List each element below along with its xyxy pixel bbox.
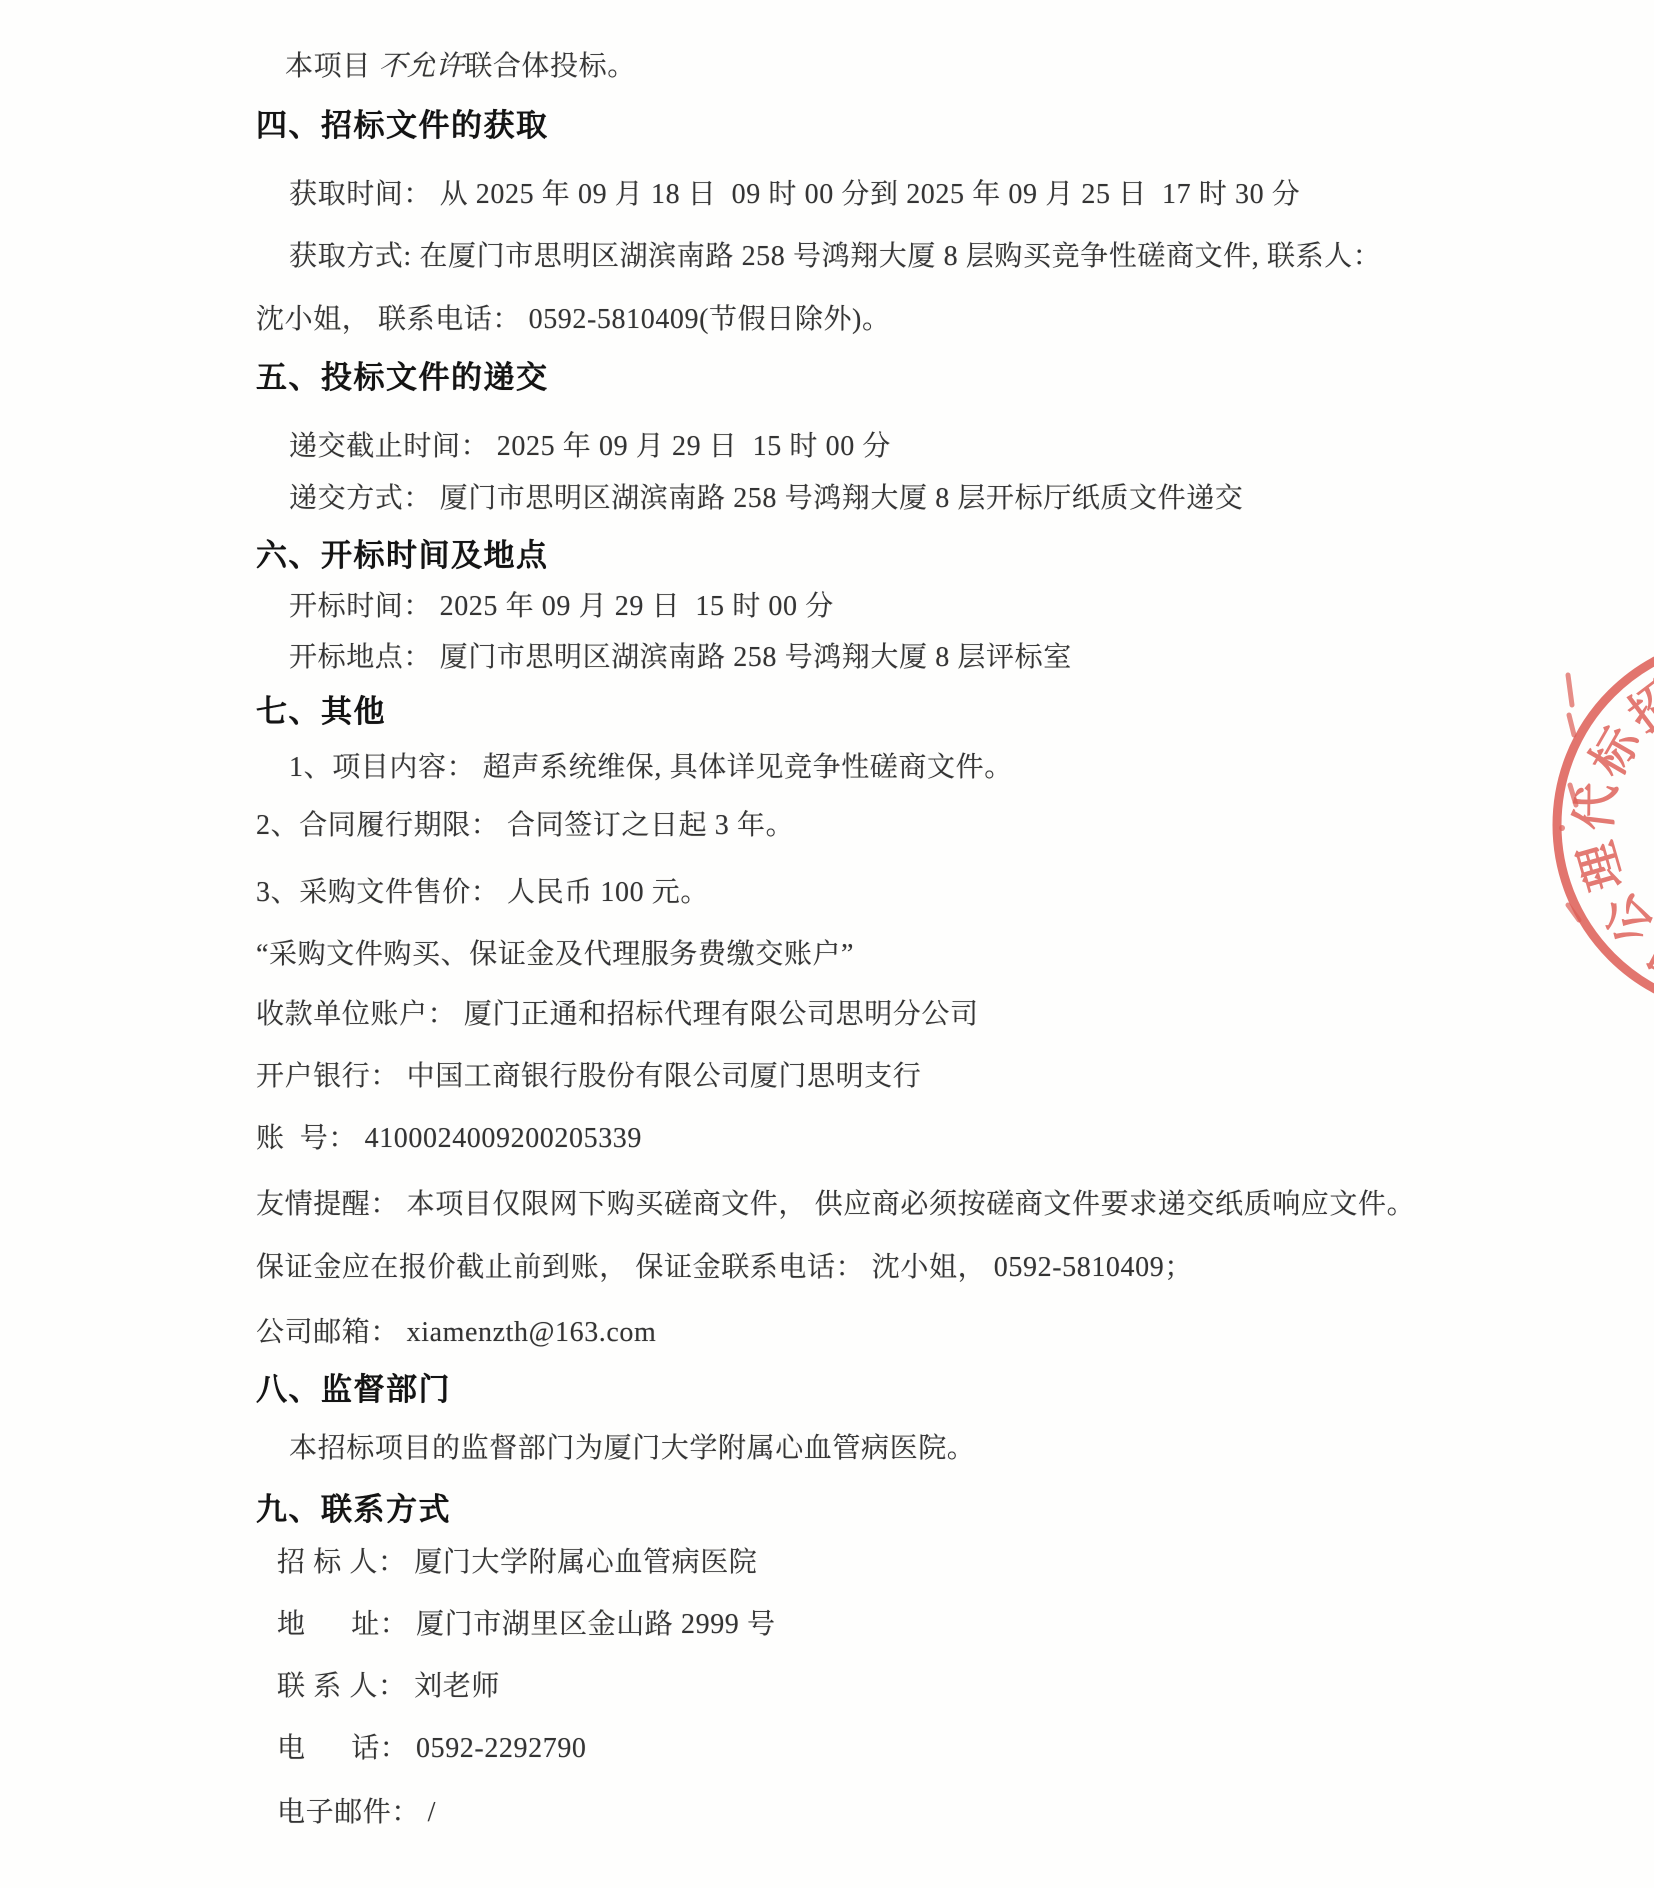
section6-heading: 六、开标时间及地点 xyxy=(256,530,549,575)
scanned-tender-document-page: 本项目 不允许联合体投标。 四、招标文件的获取 获取时间： 从 2025 年 0… xyxy=(0,0,1654,1888)
section9-bidder: 招 标 人： 厦门大学附属心血管病医院 xyxy=(277,1540,757,1580)
company-seal-stamp-icon: 招 标 代 理 公 司 xyxy=(1538,620,1654,1040)
section4-heading: 四、招标文件的获取 xyxy=(256,100,549,145)
section4-acquire-time: 获取时间： 从 2025 年 09 月 18 日 09 时 00 分到 2025… xyxy=(289,172,1300,212)
intro-emphasis-no-consortium: 不允许 xyxy=(378,51,464,82)
section9-heading: 九、联系方式 xyxy=(256,1484,451,1529)
section8-supervisor: 本招标项目的监督部门为厦门大学附属心血管病医院。 xyxy=(289,1426,975,1466)
intro-line: 本项目 不允许联合体投标。 xyxy=(285,44,636,84)
section9-email: 电子邮件： / xyxy=(277,1790,436,1830)
intro-post: 联合体投标。 xyxy=(464,51,636,82)
section4-acquire-method: 获取方式: 在厦门市思明区湖滨南路 258 号鸿翔大厦 8 层购买竞争性磋商文件… xyxy=(289,234,1381,274)
section7-company-email: 公司邮箱： xiamenzth@163.com xyxy=(256,1310,656,1350)
seal-char: 理 xyxy=(1571,836,1634,896)
section9-contact-person: 联 系 人： 刘老师 xyxy=(277,1664,500,1704)
section7-account-number: 账 号： 4100024009200205339 xyxy=(256,1116,642,1156)
section7-account-title: “采购文件购买、保证金及代理服务费缴交账户” xyxy=(256,932,854,972)
section7-payee-account: 收款单位账户： 厦门正通和招标代理有限公司思明分公司 xyxy=(256,992,979,1032)
section4-acquire-contact: 沈小姐， 联系电话： 0592-5810409(节假日除外)。 xyxy=(256,297,891,337)
section7-heading: 七、其他 xyxy=(256,686,386,731)
section7-bank: 开户银行： 中国工商银行股份有限公司厦门思明支行 xyxy=(256,1054,921,1094)
section9-phone: 电 话： 0592-2292790 xyxy=(277,1726,587,1766)
section7-item3-document-price: 3、采购文件售价： 人民币 100 元。 xyxy=(256,870,709,910)
section7-deposit-note: 保证金应在报价截止前到账， 保证金联系电话： 沈小姐， 0592-5810409… xyxy=(256,1245,1193,1285)
section9-address: 地 址： 厦门市湖里区金山路 2999 号 xyxy=(277,1602,776,1642)
section7-reminder: 友情提醒： 本项目仅限网下购买磋商文件， 供应商必须按磋商文件要求递交纸质响应文… xyxy=(256,1182,1415,1222)
intro-pre: 本项目 xyxy=(285,51,378,82)
section5-heading: 五、投标文件的递交 xyxy=(256,352,549,397)
section6-open-time: 开标时间： 2025 年 09 月 29 日 15 时 00 分 xyxy=(289,584,834,624)
section5-method: 递交方式： 厦门市思明区湖滨南路 258 号鸿翔大厦 8 层开标厅纸质文件递交 xyxy=(289,476,1243,516)
section5-deadline: 递交截止时间： 2025 年 09 月 29 日 15 时 00 分 xyxy=(289,424,891,464)
section6-open-place: 开标地点： 厦门市思明区湖滨南路 258 号鸿翔大厦 8 层评标室 xyxy=(289,635,1072,675)
section7-item1-project-content: 1、项目内容： 超声系统维保, 具体详见竞争性磋商文件。 xyxy=(289,745,1013,785)
section8-heading: 八、监督部门 xyxy=(256,1364,451,1409)
section7-item2-contract-term: 2、合同履行期限： 合同签订之日起 3 年。 xyxy=(256,803,794,843)
